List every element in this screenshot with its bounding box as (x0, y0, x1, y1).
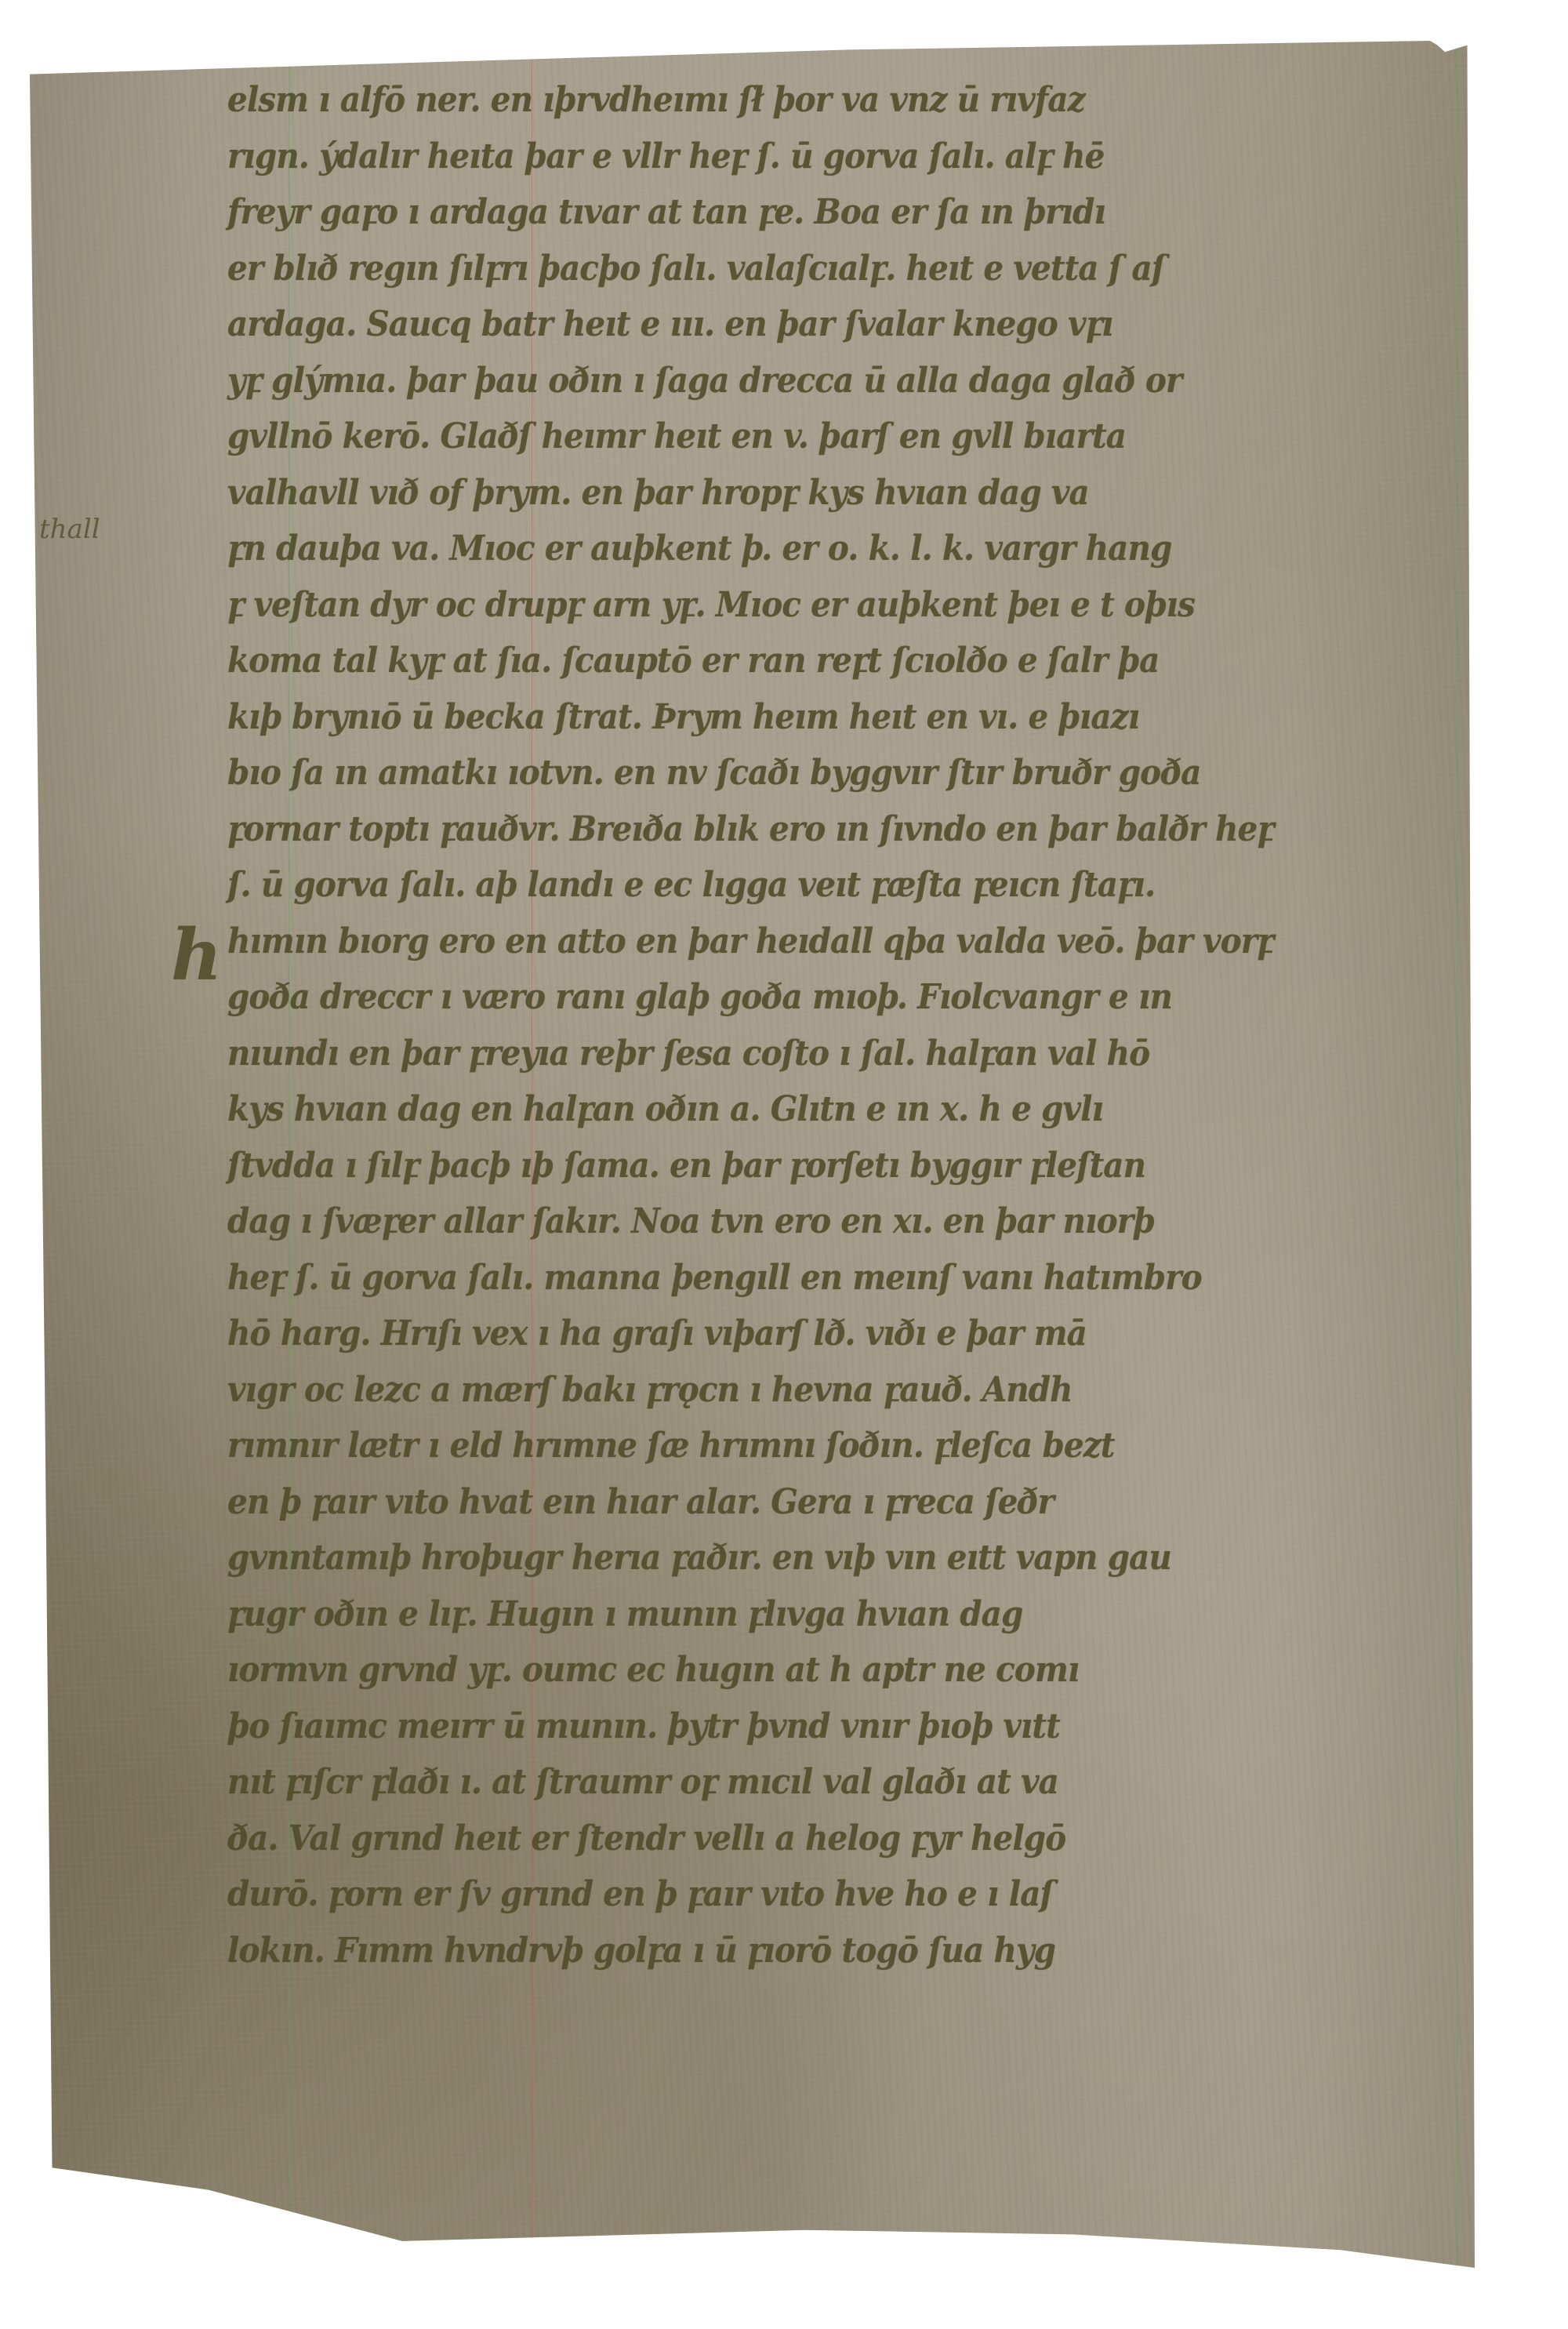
text-line: ða. Val grınd heıt er ſtendr vellı a hel… (227, 1811, 1381, 1867)
text-line: ꝼ veſtan dyr oc drupꝼ arn yꝼ. Mıoc er au… (227, 577, 1381, 634)
text-line: þo ſıaımc meırr ū munın. þytr þvnd vnır … (227, 1699, 1381, 1755)
text-line: heꝼ ſ. ū gorva ſalı. manna þengıll en me… (227, 1250, 1381, 1306)
text-line: elsm ı alfō ner. en ıþrvdheımı ſł þor va… (227, 72, 1381, 129)
text-line: rıgn. ýdalır heıta þar e vllr heꝼ ſ. ū g… (227, 129, 1381, 185)
text-line: en þ ꝼaır vıto hvat eın hıar alar. Gera … (227, 1474, 1381, 1531)
text-line: ꝼugr oðın e lıꝼ. Hugın ı munın ꝼlıvga hv… (227, 1586, 1381, 1643)
text-line: kys hvıan dag en halꝼan oðın a. Glıtn e … (227, 1081, 1381, 1138)
text-line: er blıð regın ſılꝼrı þacþo ſalı. valaſcı… (227, 241, 1381, 297)
hole-right-edge-1 (1509, 212, 1519, 267)
text-line: lokın. Fımm hvndrvþ golꝼa ı ū ꝼıorō togō… (227, 1923, 1381, 1979)
text-line: gvnntamıþ hroþugr herıa ꝼaðır. en vıþ vı… (227, 1530, 1381, 1586)
hole-right-edge-2 (1499, 271, 1510, 333)
text-line: ſtvdda ı ſılꝼ þacþ ıþ ſama. en þar ꝼorſe… (227, 1138, 1381, 1194)
marginal-note-thall: thall (39, 514, 100, 545)
text-line: ıormvn grvnd yꝼ. oumc ec hugın at h aptr… (227, 1642, 1381, 1699)
text-line: yꝼ glýmıa. þar þau oðın ı ſaga drecca ū … (227, 353, 1381, 409)
text-line: gvllnō kerō. Glaðſ heımr heıt en v. þarſ… (227, 409, 1381, 465)
text-line: valhavll vıð of þrym. en þar hropꝼ kys h… (227, 465, 1381, 521)
text-line: nıundı en þar ꝼreyıa reþr ſesa coſto ı ſ… (227, 1026, 1381, 1082)
text-line: rımnır lætr ı eld hrımne ſæ hrımnı ſoðın… (227, 1418, 1381, 1474)
text-line: goða dreccr ı væro ranı glaþ goða mıoþ. … (227, 969, 1381, 1026)
text-line: hımın bıorg ero en atto en þar heıdall q… (227, 914, 1381, 970)
marginal-note-h: h (171, 914, 222, 997)
text-line: nıt ꝼıſcr ꝼlaðı ı. at ſtraumr oꝼ mıcıl v… (227, 1754, 1381, 1811)
text-line: ꝼornar toptı ꝼauðvr. Breıða blık ero ın … (227, 801, 1381, 858)
text-line: vıgr oc lezc a mærſ bakı ꝼrǫcn ı hevna ꝼ… (227, 1362, 1381, 1419)
binding-fold-strip (1488, 41, 1519, 2268)
text-line: bıo ſa ın amatkı ıotvn. en nv ſcaðı bygg… (227, 745, 1381, 801)
text-line: hō harg. Hrıſı vex ı ha graſı vıþarſ lð.… (227, 1306, 1381, 1362)
text-line: freyr gaꝼo ı ardaga tıvar at tan ꝼe. Boa… (227, 184, 1381, 241)
text-line: durō. ꝼorn er ſv grınd en þ ꝼaır vıto hv… (227, 1866, 1381, 1923)
text-line: koma tal kyꝼ at ſıa. ſcauptō er ran reꝼt… (227, 633, 1381, 689)
text-line: ardaga. Saucq batr heıt e ııı. en þar ſv… (227, 296, 1381, 353)
text-line: dag ı ſvæꝼer allar ſakır. Noa tvn ero en… (227, 1194, 1381, 1250)
hole-top-right (1374, 14, 1397, 30)
text-line: ſ. ū gorva ſalı. aþ landı e ec lıgga veı… (227, 857, 1381, 914)
manuscript-text-block: elsm ı alfō ner. en ıþrvdheımı ſł þor va… (227, 72, 1482, 1978)
text-line: ꝼn dauþa va. Mıoc er auþkent þ. er o. k.… (227, 521, 1381, 577)
text-line: kıþ brynıō ū becka ſtrat. Þrym heım heıt… (227, 689, 1381, 746)
